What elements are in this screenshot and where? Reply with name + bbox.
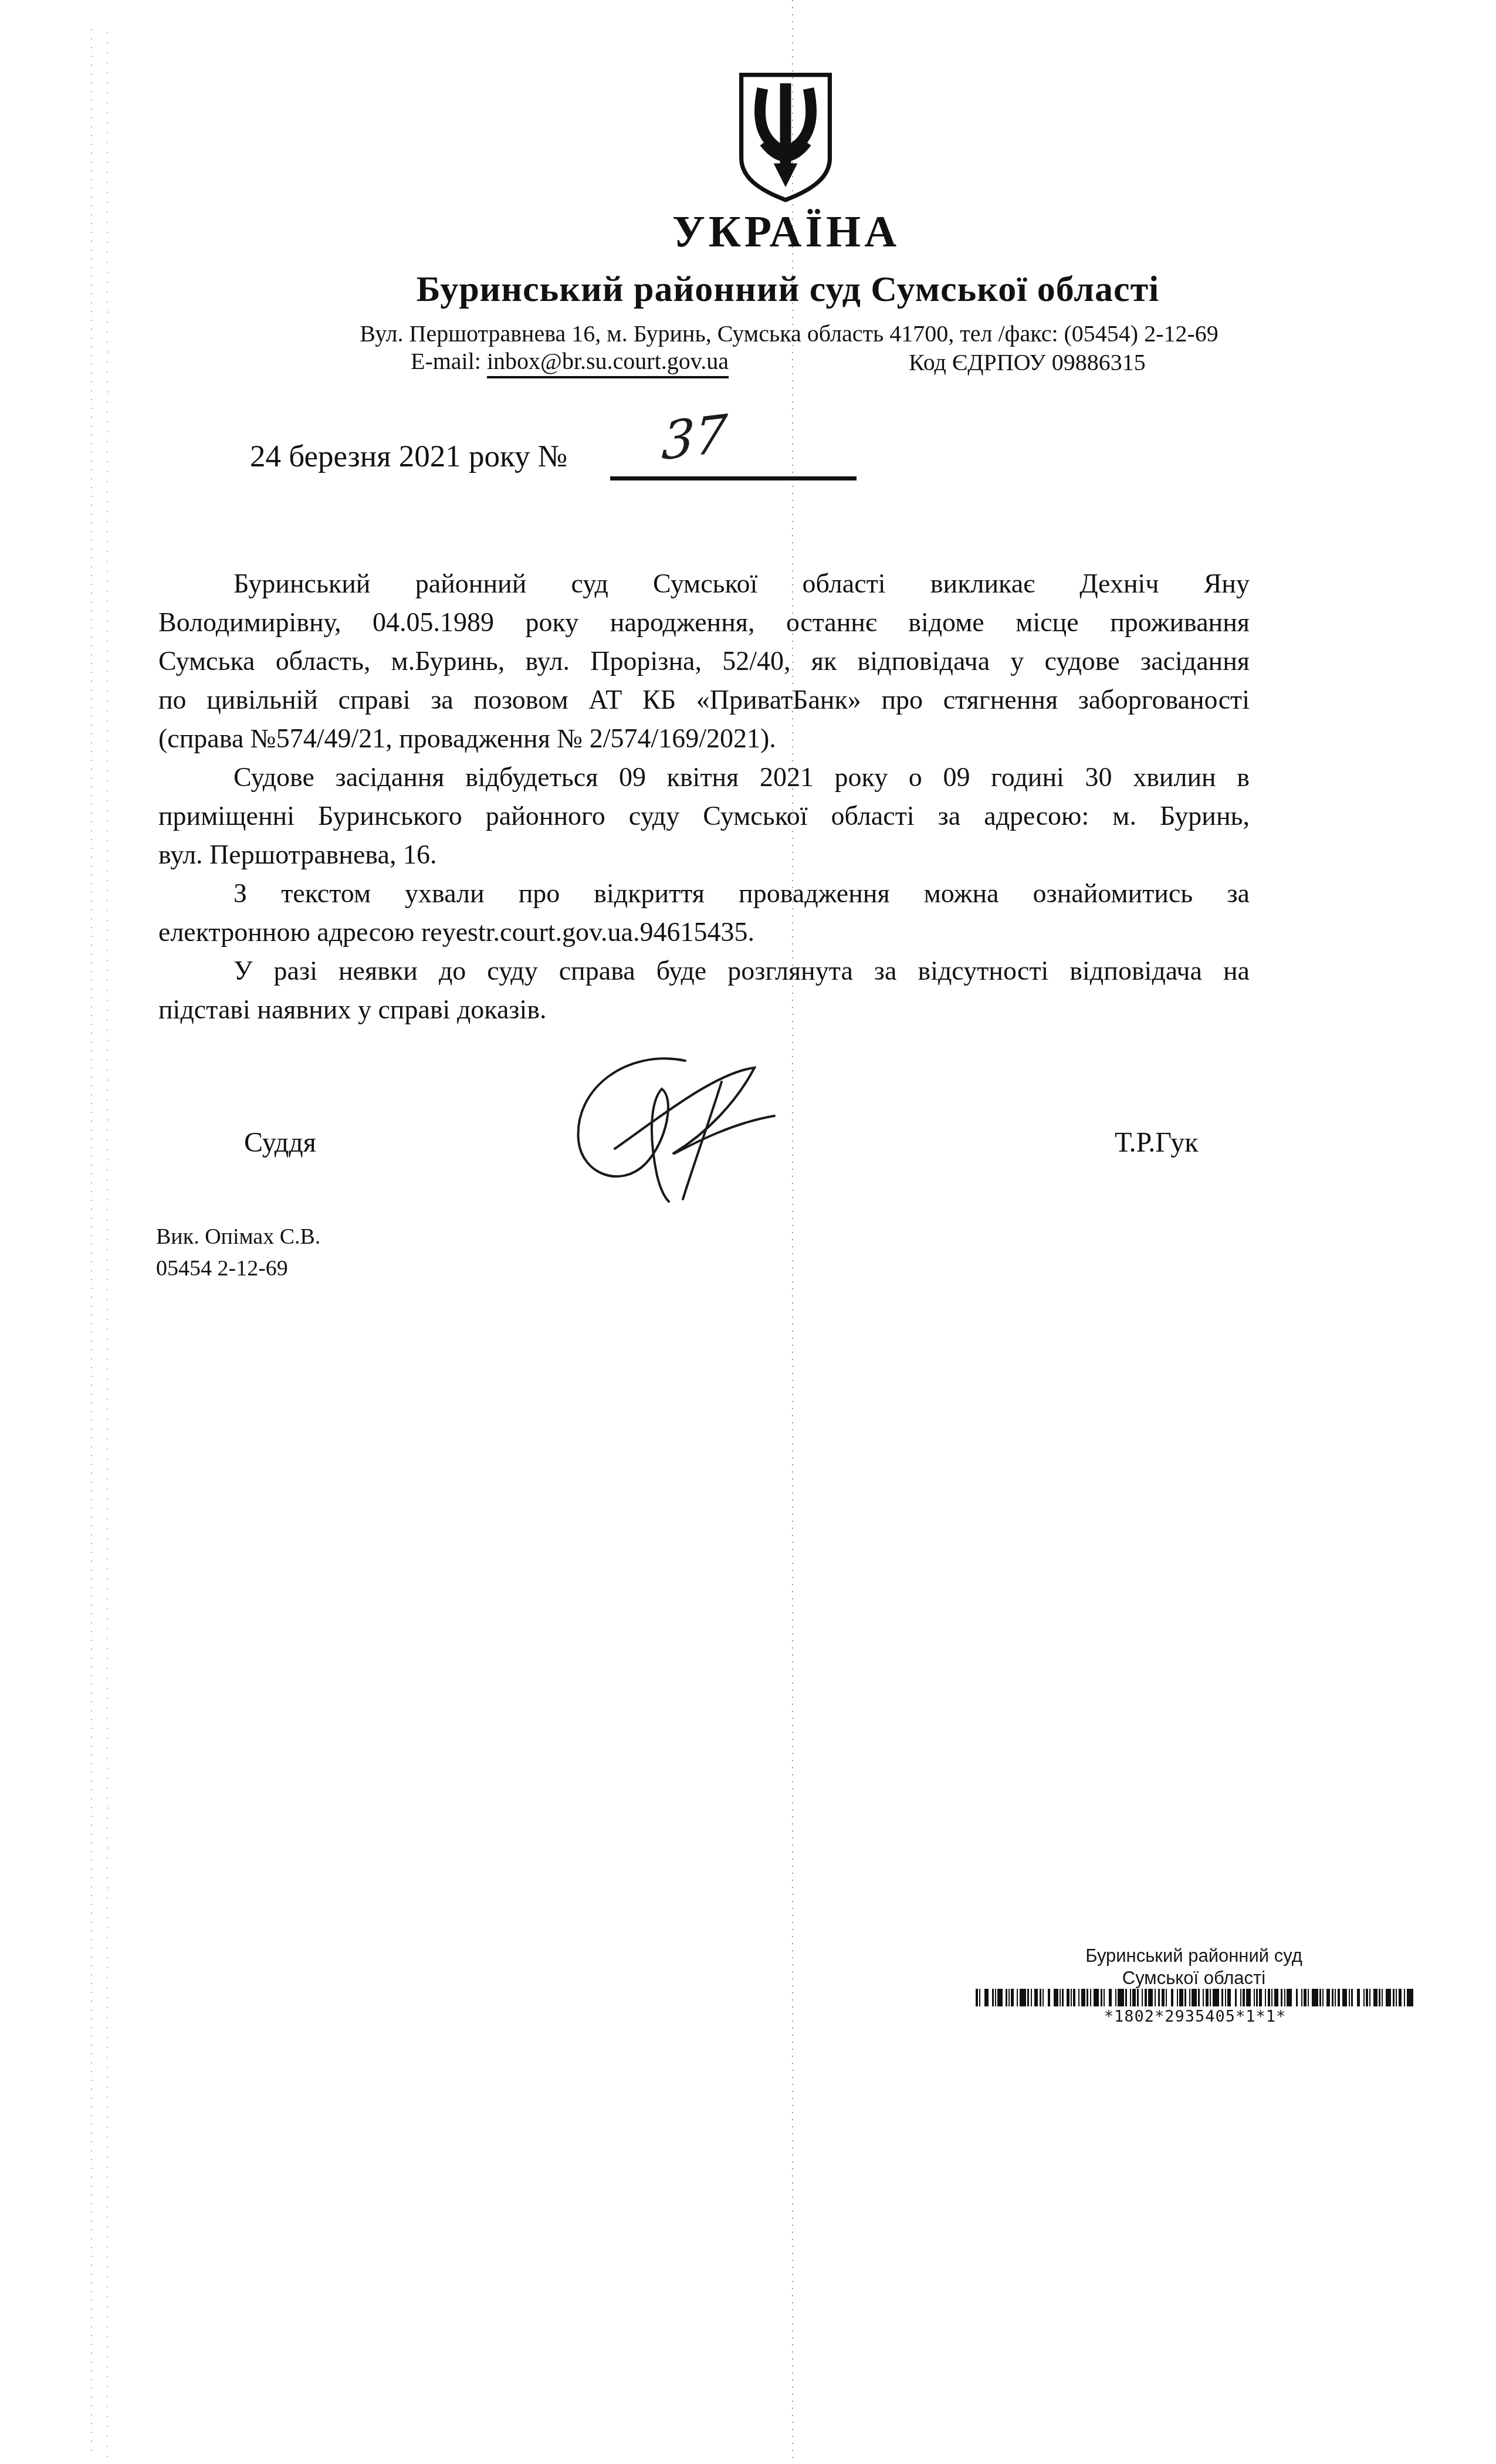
number-underline bbox=[610, 476, 857, 480]
judge-signature-handwriting bbox=[540, 1048, 810, 1204]
judge-name: Т.Р.Гук bbox=[1115, 1126, 1198, 1159]
paragraph3-line2: електронною адресою reyestr.court.gov.ua… bbox=[158, 913, 1250, 952]
paragraph4-line2: підставі наявних у справі доказів. bbox=[158, 990, 1250, 1029]
email-link: inbox@br.su.court.gov.ua bbox=[487, 348, 729, 378]
country-title: УКРАЇНА bbox=[672, 207, 900, 258]
date-and-number-label: 24 березня 2021 року № bbox=[250, 439, 567, 474]
handwritten-outgoing-number: 37 bbox=[661, 402, 729, 472]
executor-phone-line: 05454 2-12-69 bbox=[156, 1255, 288, 1281]
signer-role-label: Суддя bbox=[244, 1126, 316, 1159]
scanned-court-summons-page: УКРАЇНА Буринський районний суд Сумської… bbox=[0, 0, 1496, 2464]
scan-artifact-line-center bbox=[792, 0, 793, 2464]
paragraph3-line1: З текстом ухвали про відкриття проваджен… bbox=[158, 874, 1250, 913]
barcode-court-line1: Буринський районний суд bbox=[1085, 1945, 1302, 1967]
court-address-line: Вул. Першотравнева 16, м. Буринь, Сумськ… bbox=[360, 320, 1219, 347]
ukraine-coat-of-arms-icon bbox=[735, 68, 837, 204]
court-name: Буринський районний суд Сумської області bbox=[417, 269, 1160, 310]
barcode bbox=[976, 1989, 1413, 2006]
edrpou-code: Код ЄДРПОУ 09886315 bbox=[909, 348, 1146, 376]
email-row: E-mail: inbox@br.su.court.gov.ua bbox=[411, 347, 729, 375]
barcode-court-line2: Сумської області bbox=[1122, 1968, 1265, 1989]
barcode-code-text: *1802*2935405*1*1* bbox=[1104, 2008, 1287, 2026]
paragraph4-line1: У разі неявки до суду справа буде розгля… bbox=[158, 952, 1250, 990]
paragraph1-line5: (справа №574/49/21, провадження № 2/574/… bbox=[158, 719, 1250, 758]
executor-name-line: Вик. Опімах С.В. bbox=[156, 1224, 320, 1250]
paragraph1-line1: Буринський районний суд Сумської області… bbox=[158, 564, 1250, 603]
paragraph2-line2: приміщенні Буринського районного суду Су… bbox=[158, 797, 1250, 835]
paragraph2-line3: вул. Першотравнева, 16. bbox=[158, 835, 1250, 874]
paragraph1-line4: по цивільній справі за позовом АТ КБ «Пр… bbox=[158, 681, 1250, 719]
letter-body: Буринський районний суд Сумської області… bbox=[158, 564, 1250, 1029]
scan-artifact-line-left-1 bbox=[91, 29, 92, 2457]
email-label: E-mail: bbox=[411, 348, 481, 374]
paragraph1-line3: Сумська область, м.Буринь, вул. Прорізна… bbox=[158, 642, 1250, 681]
scan-artifact-line-left-2 bbox=[107, 32, 108, 2457]
paragraph2-line1: Судове засідання відбудеться 09 квітня 2… bbox=[158, 758, 1250, 797]
paragraph1-line2: Володимирівну, 04.05.1989 року народженн… bbox=[158, 603, 1250, 642]
